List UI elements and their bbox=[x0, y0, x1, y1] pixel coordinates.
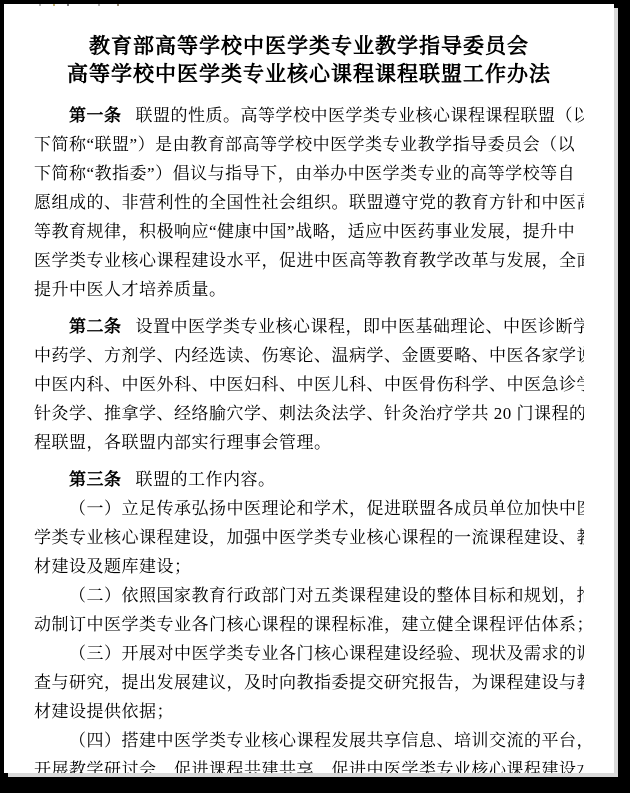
screenshot-root: { "window": { "background": "#000000" },… bbox=[0, 0, 630, 793]
body-line: （三）开展对中医学类专业各门核心课程建设经验、现状及需求的调 bbox=[34, 639, 584, 668]
clause-block: （四）搭建中医学类专业核心课程发展共享信息、培训交流的平台，开展教学研讨会，促进… bbox=[34, 726, 584, 773]
body-line: 医学类专业核心课程建设水平，促进中医高等教育教学改革与发展，全面 bbox=[34, 246, 584, 275]
article-block: 第一条联盟的性质。高等学校中医学类专业核心课程课程联盟（以下简称“联盟”）是由教… bbox=[34, 101, 584, 304]
article-block: 第二条设置中医学类专业核心课程，即中医基础理论、中医诊断学、中药学、方剂学、内经… bbox=[34, 312, 584, 457]
article-number: 第二条 bbox=[69, 317, 122, 336]
article-first-line-text: 联盟的工作内容。 bbox=[136, 470, 276, 489]
article-number: 第一条 bbox=[69, 106, 122, 125]
scan-speck bbox=[98, 4, 100, 6]
document-title: 教育部高等学校中医学类专业教学指导委员会 高等学校中医学类专业核心课程课程联盟工… bbox=[34, 33, 584, 89]
body-line: 愿组成的、非营利性的全国性社会组织。联盟遵守党的教育方针和中医高 bbox=[34, 188, 584, 217]
body-line: 动制订中医学类专业各门核心课程的课程标准，建立健全课程评估体系； bbox=[34, 610, 584, 639]
title-line-2: 高等学校中医学类专业核心课程课程联盟工作办法 bbox=[34, 61, 584, 89]
body-line: 材建设提供依据； bbox=[34, 697, 584, 726]
body-line: 材建设及题库建设； bbox=[34, 552, 584, 581]
scan-speck bbox=[117, 4, 119, 6]
article-first-line-text: 联盟的性质。高等学校中医学类专业核心课程课程联盟（以 bbox=[136, 106, 585, 125]
body-line: （一）立足传承弘扬中医理论和学术，促进联盟各成员单位加快中医 bbox=[34, 494, 584, 523]
body-line: 查与研究，提出发展建议，及时向教指委提交研究报告，为课程建设与教 bbox=[34, 668, 584, 697]
clause-block: （一）立足传承弘扬中医理论和学术，促进联盟各成员单位加快中医学类专业核心课程建设… bbox=[34, 494, 584, 581]
body-line: 提升中医人才培养质量。 bbox=[34, 275, 584, 304]
body-line: （四）搭建中医学类专业核心课程发展共享信息、培训交流的平台， bbox=[34, 726, 584, 755]
document-page: 教育部高等学校中医学类专业教学指导委员会 高等学校中医学类专业核心课程课程联盟工… bbox=[4, 4, 614, 773]
body-line: 下简称“联盟”）是由教育部高等学校中医学类专业教学指导委员会（以 bbox=[34, 130, 584, 159]
body-line: 第一条联盟的性质。高等学校中医学类专业核心课程课程联盟（以 bbox=[34, 101, 584, 130]
title-line-1: 教育部高等学校中医学类专业教学指导委员会 bbox=[34, 33, 584, 61]
body-line: 等教育规律，积极响应“健康中国”战略，适应中医药事业发展，提升中 bbox=[34, 217, 584, 246]
body-line: 学类专业核心课程建设，加强中医学类专业核心课程的一流课程建设、教 bbox=[34, 523, 584, 552]
body-line: （二）依照国家教育行政部门对五类课程建设的整体目标和规划，推 bbox=[34, 581, 584, 610]
document-body: 第一条联盟的性质。高等学校中医学类专业核心课程课程联盟（以下简称“联盟”）是由教… bbox=[34, 101, 584, 773]
article-number: 第三条 bbox=[69, 470, 122, 489]
scan-speck bbox=[67, 4, 69, 6]
article-first-line-text: 设置中医学类专业核心课程，即中医基础理论、中医诊断学、 bbox=[136, 317, 585, 336]
clause-block: （二）依照国家教育行政部门对五类课程建设的整体目标和规划，推动制订中医学类专业各… bbox=[34, 581, 584, 639]
body-line: 程联盟，各联盟内部实行理事会管理。 bbox=[34, 428, 584, 457]
body-line: 下简称“教指委”）倡议与指导下，由举办中医学类专业的高等学校等自 bbox=[34, 159, 584, 188]
body-line: 第三条联盟的工作内容。 bbox=[34, 465, 584, 494]
article-block: 第三条联盟的工作内容。 bbox=[34, 465, 584, 494]
body-line: 开展教学研讨会，促进课程共建共享，促进中医学类专业核心课程建设水 bbox=[34, 755, 584, 773]
scan-speck bbox=[39, 4, 41, 6]
body-line: 中医内科、中医外科、中医妇科、中医儿科、中医骨伤科学、中医急诊学、 bbox=[34, 370, 584, 399]
body-line: 针灸学、推拿学、经络腧穴学、刺法灸法学、针灸治疗学共 20 门课程的课 bbox=[34, 399, 584, 428]
scan-speck bbox=[53, 4, 55, 6]
body-line: 第二条设置中医学类专业核心课程，即中医基础理论、中医诊断学、 bbox=[34, 312, 584, 341]
body-line: 中药学、方剂学、内经选读、伤寒论、温病学、金匮要略、中医各家学说、 bbox=[34, 341, 584, 370]
clause-block: （三）开展对中医学类专业各门核心课程建设经验、现状及需求的调查与研究，提出发展建… bbox=[34, 639, 584, 726]
